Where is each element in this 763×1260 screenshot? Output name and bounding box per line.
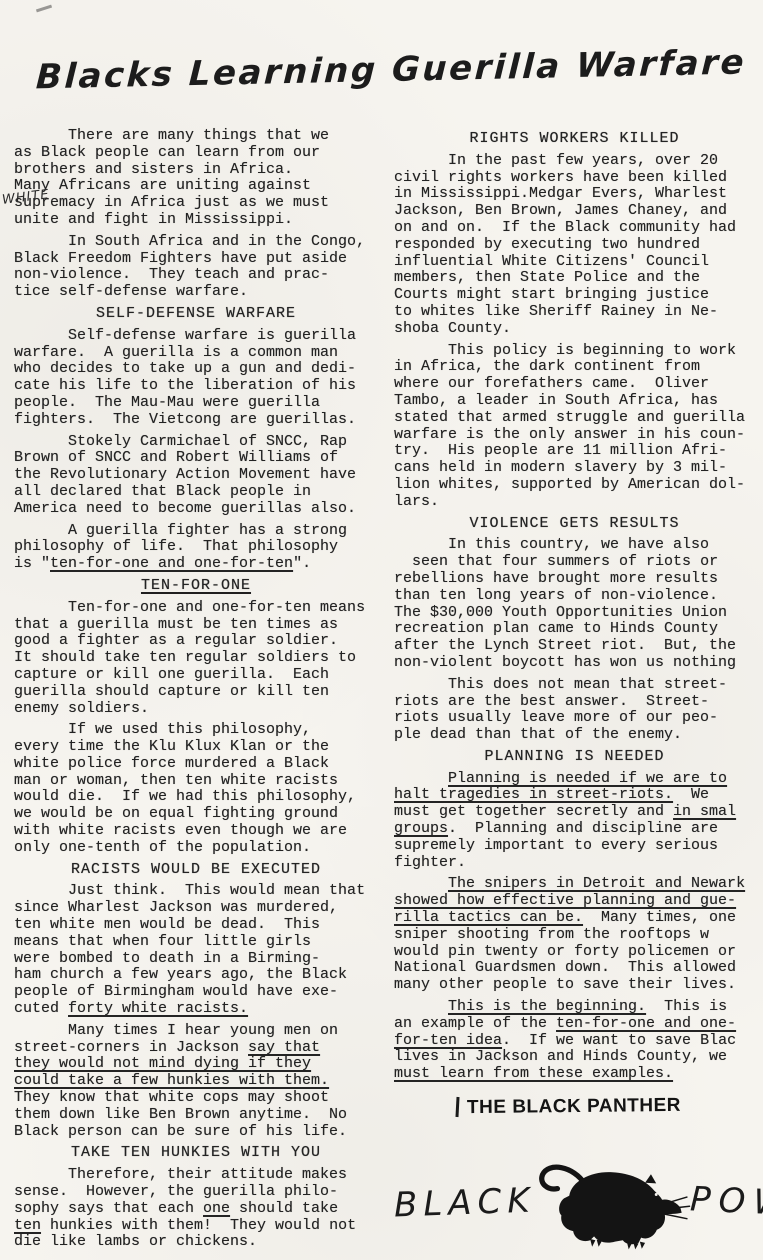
section-heading-text: TAKE TEN HUNKIES WITH YOU <box>71 1144 321 1161</box>
left-column: There are many things that we as Black p… <box>14 128 378 1260</box>
paragraph: If we used this philosophy, every time t… <box>14 722 378 856</box>
paragraph: Stokely Carmichael of SNCC, Rap Brown of… <box>14 434 378 518</box>
paragraph: A guerilla fighter has a strong philosop… <box>14 523 378 573</box>
paragraph: Planning is needed if we are to halt tra… <box>394 771 755 872</box>
text-run: If we used this philosophy, every time t… <box>14 721 356 856</box>
black-power-row: BLACK <box>394 1143 755 1260</box>
right-column-blocks: RIGHTS WORKERS KILLED In the past few ye… <box>394 131 755 1083</box>
caption-bar-mark <box>455 1097 459 1117</box>
black-label: BLACK <box>394 1192 536 1214</box>
underlined-text: one <box>203 1200 230 1217</box>
text-run: Just think. This would mean that since W… <box>14 882 365 1017</box>
text-run: This does not mean that street- riots ar… <box>394 676 727 743</box>
section-heading-text: RIGHTS WORKERS KILLED <box>469 130 679 147</box>
text-run <box>394 875 448 892</box>
text-run: In this country, we have also seen that … <box>394 536 736 671</box>
right-column: RIGHTS WORKERS KILLED In the past few ye… <box>394 128 755 1260</box>
section-heading-text: TEN-FOR-ONE <box>141 577 251 594</box>
paragraph: In the past few years, over 20 civil rig… <box>394 153 755 338</box>
underlined-text: This is the beginning. <box>448 998 646 1015</box>
paragraph: There are many things that we as Black p… <box>14 128 378 229</box>
text-run: In the past few years, over 20 civil rig… <box>394 152 736 337</box>
black-panther-caption: THE BLACK PANTHER <box>467 1098 681 1117</box>
text-run: There are many things that we as Black p… <box>14 127 329 228</box>
paragraph: Therefore, their attitude makes sense. H… <box>14 1167 378 1251</box>
power-label: POWER <box>689 1191 763 1215</box>
text-run: This policy is beginning to work in Afri… <box>394 342 745 510</box>
section-heading: TAKE TEN HUNKIES WITH YOU <box>14 1145 378 1162</box>
paragraph: In this country, we have also seen that … <box>394 537 755 671</box>
text-run: Ten-for-one and one-for-ten means that a… <box>14 599 365 717</box>
text-run: hunkies with them! They would not die li… <box>14 1217 356 1251</box>
paragraph: In South Africa and in the Congo, Black … <box>14 234 378 301</box>
text-run: Self-defense warfare is guerilla warfare… <box>14 327 356 428</box>
paragraph: Just think. This would mean that since W… <box>14 883 378 1017</box>
section-heading: TEN-FOR-ONE <box>14 578 378 595</box>
section-heading: PLANNING IS NEEDED <box>394 749 755 766</box>
text-run: Stokely Carmichael of SNCC, Rap Brown of… <box>14 433 356 517</box>
document-page: Blacks Learning Guerilla Warfare WHITE T… <box>0 0 763 1260</box>
paragraph: The snipers in Detroit and Newark showed… <box>394 876 755 994</box>
paragraph: Ten-for-one and one-for-ten means that a… <box>14 600 378 718</box>
paragraph: This is the beginning. This is an exampl… <box>394 999 755 1083</box>
paragraph: Many times I hear young men on street-co… <box>14 1023 378 1141</box>
section-heading: VIOLENCE GETS RESULTS <box>394 516 755 533</box>
text-run <box>394 770 448 787</box>
section-heading: RACISTS WOULD BE EXECUTED <box>14 862 378 879</box>
footer: THE BLACK PANTHER BLACK <box>394 1097 755 1260</box>
section-heading-text: VIOLENCE GETS RESULTS <box>469 515 679 532</box>
underlined-text: ten <box>14 1217 41 1234</box>
text-run: ". <box>293 555 311 572</box>
text-run: In South Africa and in the Congo, Black … <box>14 233 365 300</box>
section-heading: SELF-DEFENSE WARFARE <box>14 306 378 323</box>
paragraph: Self-defense warfare is guerilla warfare… <box>14 328 378 429</box>
underlined-text: forty white racists. <box>68 1000 248 1017</box>
section-heading: RIGHTS WORKERS KILLED <box>394 131 755 148</box>
text-run: should take <box>230 1200 338 1217</box>
caption-row: THE BLACK PANTHER <box>456 1097 755 1117</box>
text-run: They know that white cops may shoot them… <box>14 1089 347 1140</box>
underlined-text: must learn from these examples. <box>394 1065 673 1082</box>
section-heading-text: PLANNING IS NEEDED <box>484 748 664 765</box>
section-heading-text: SELF-DEFENSE WARFARE <box>96 305 296 322</box>
columns: There are many things that we as Black p… <box>0 0 763 1260</box>
text-run <box>394 998 448 1015</box>
section-heading-text: RACISTS WOULD BE EXECUTED <box>71 861 321 878</box>
paragraph: This does not mean that street- riots ar… <box>394 677 755 744</box>
black-panther-icon <box>530 1143 700 1260</box>
paragraph: This policy is beginning to work in Afri… <box>394 343 755 511</box>
underlined-text: ten-for-one and one-for-ten <box>50 555 293 572</box>
